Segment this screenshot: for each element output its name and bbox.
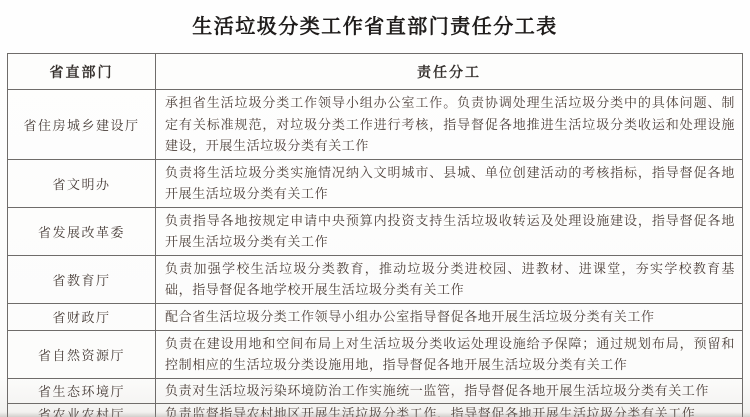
duty-cell: 负责指导各地按规定申请中央预算内投资支持生活垃圾收转运及处理设施建设，指导督促各… — [156, 207, 743, 255]
document-page: 生活垃圾分类工作省直部门责任分工表 省直部门 责任分工 省住房城乡建设厅 承担省… — [0, 0, 750, 417]
department-cell: 省财政厅 — [8, 303, 156, 330]
department-cell: 省文明办 — [8, 159, 156, 207]
responsibility-table: 省直部门 责任分工 省住房城乡建设厅 承担省生活垃圾分类工作领导小组办公室工作。… — [7, 53, 743, 417]
table-row: 省农业农村厅 负责监督指导农村地区开展生活垃圾分类工作，指导督促各地开展生活垃圾… — [8, 403, 743, 417]
table-header-row: 省直部门 责任分工 — [8, 54, 743, 90]
department-cell: 省生态环境厅 — [8, 378, 156, 403]
department-cell: 省农业农村厅 — [8, 403, 156, 417]
table-row: 省教育厅 负责加强学校生活垃圾分类教育，推动垃圾分类进校园、进教材、进课堂，夯实… — [8, 255, 743, 303]
duty-cell: 负责将生活垃圾分类实施情况纳入文明城市、县城、单位创建活动的考核指标，指导督促各… — [156, 159, 743, 207]
header-duty: 责任分工 — [156, 54, 743, 90]
header-department: 省直部门 — [8, 54, 156, 90]
table-row: 省文明办 负责将生活垃圾分类实施情况纳入文明城市、县城、单位创建活动的考核指标，… — [8, 159, 743, 207]
table-row: 省财政厅 配合省生活垃圾分类工作领导小组办公室指导督促各地开展生活垃圾分类有关工… — [8, 303, 743, 330]
department-cell: 省教育厅 — [8, 255, 156, 303]
duty-cell: 负责监督指导农村地区开展生活垃圾分类工作，指导督促各地开展生活垃圾分类有关工作 — [156, 403, 743, 417]
page-title: 生活垃圾分类工作省直部门责任分工表 — [0, 0, 750, 39]
duty-cell: 负责加强学校生活垃圾分类教育，推动垃圾分类进校园、进教材、进课堂，夯实学校教育基… — [156, 255, 743, 303]
table-row: 省住房城乡建设厅 承担省生活垃圾分类工作领导小组办公室工作。负责协调处理生活垃圾… — [8, 90, 743, 160]
department-cell: 省住房城乡建设厅 — [8, 90, 156, 160]
department-cell: 省发展改革委 — [8, 207, 156, 255]
duty-cell: 负责在建设用地和空间布局上对生活垃圾分类收运处理设施给予保障；通过规划布局，预留… — [156, 330, 743, 378]
department-cell: 省自然资源厅 — [8, 330, 156, 378]
duty-cell: 配合省生活垃圾分类工作领导小组办公室指导督促各地开展生活垃圾分类有关工作 — [156, 303, 743, 330]
table-row: 省自然资源厅 负责在建设用地和空间布局上对生活垃圾分类收运处理设施给予保障；通过… — [8, 330, 743, 378]
table-row: 省发展改革委 负责指导各地按规定申请中央预算内投资支持生活垃圾收转运及处理设施建… — [8, 207, 743, 255]
duty-cell: 负责对生活垃圾污染环境防治工作实施统一监管，指导督促各地开展生活垃圾分类有关工作 — [156, 378, 743, 403]
duty-cell: 承担省生活垃圾分类工作领导小组办公室工作。负责协调处理生活垃圾分类中的具体问题、… — [156, 90, 743, 160]
table-row: 省生态环境厅 负责对生活垃圾污染环境防治工作实施统一监管，指导督促各地开展生活垃… — [8, 378, 743, 403]
